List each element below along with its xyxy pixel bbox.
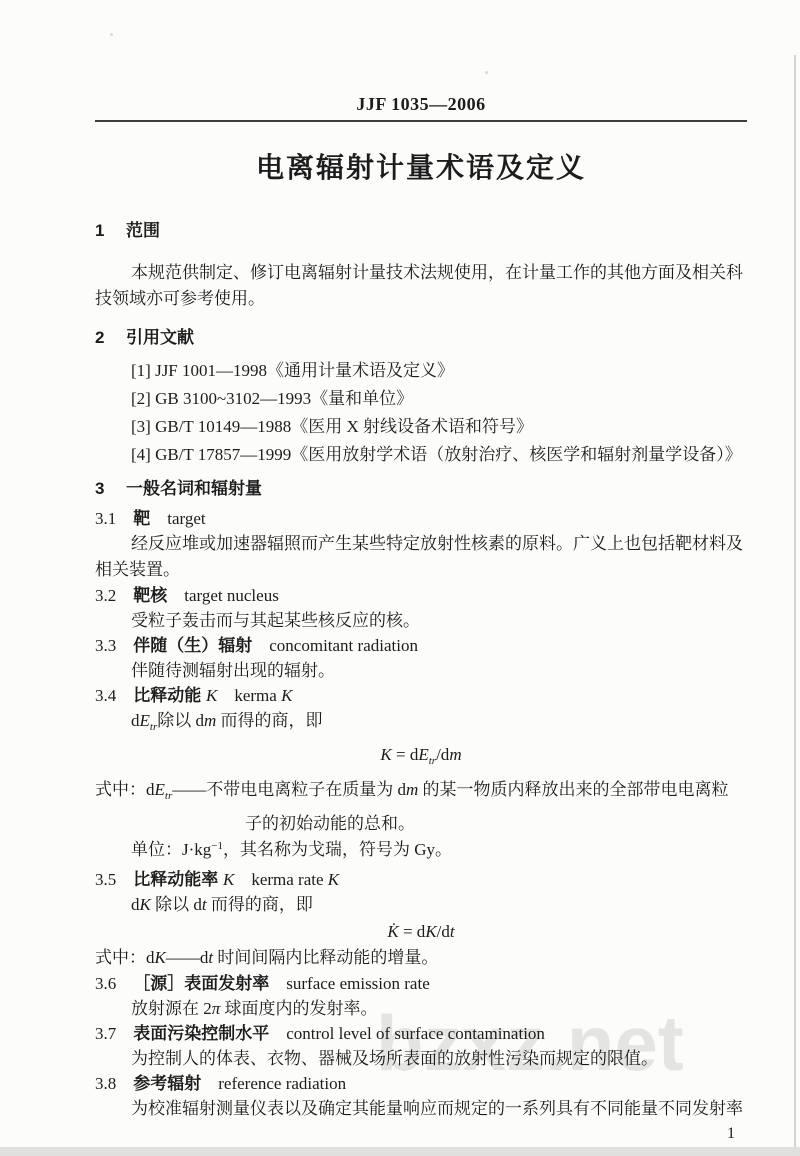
reference-item: [4] GB/T 17857—1999《医用放射学术语（放射治疗、核医学和辐射剂…: [95, 441, 747, 469]
page-content: JJF 1035—2006 电离辐射计量术语及定义 1范围 本规范供制定、修订电…: [95, 0, 747, 1146]
document-title: 电离辐射计量术语及定义: [95, 150, 747, 186]
term-3-3-definition: 伴随待测辐射出现的辐射。: [95, 658, 747, 683]
reference-item: [1] JJF 1001—1998《通用计量术语及定义》: [95, 357, 747, 385]
term-3-2-heading: 3.2 靶核 target nucleus: [95, 583, 747, 608]
section-heading-scope: 1范围: [95, 218, 747, 243]
section-number: 2: [95, 325, 126, 350]
term-3-1-heading: 3.1 靶 target: [95, 506, 747, 531]
scanned-document-page: bzxz.net JJF 1035—2006 电离辐射计量术语及定义 1范围 本…: [0, 0, 800, 1156]
term-3-2-definition: 受粒子轰击而与其起某些核反应的核。: [95, 608, 747, 633]
term-3-6-definition: 放射源在 2π 球面度内的发射率。: [95, 996, 747, 1021]
section-title: 范围: [126, 221, 160, 240]
kerma-unit-line: 单位：J·kg−1，其名称为戈瑞，符号为 Gy。: [95, 834, 747, 862]
term-3-5-heading: 3.5 比释动能率 K kerma rate K: [95, 867, 747, 892]
reference-item: [2] GB 3100~3102—1993《量和单位》: [95, 385, 747, 413]
page-number: 1: [95, 1121, 747, 1146]
kerma-rate-formula-note: 式中：dK——dt 时间间隔内比释动能的增量。: [95, 945, 747, 970]
term-3-3-heading: 3.3 伴随（生）辐射 concomitant radiation: [95, 633, 747, 658]
section-title: 引用文献: [126, 328, 194, 347]
kerma-rate-formula: K̇ = dK/dt: [95, 919, 747, 944]
kerma-formula: K = dEtr/dm: [95, 742, 747, 774]
document-code: JJF 1035—2006: [95, 93, 747, 115]
header-rule: [95, 120, 747, 122]
term-3-5-definition: dK 除以 dt 而得的商，即: [95, 892, 747, 917]
scope-paragraph-line: 本规范供制定、修订电离辐射计量技术法规使用，在计量工作的其他方面及相关科: [95, 260, 747, 286]
kerma-formula-note: 子的初始动能的总和。: [95, 810, 747, 837]
section-number: 3: [95, 476, 126, 501]
scope-paragraph-line: 技领域亦可参考使用。: [95, 286, 747, 312]
scan-edge-artifact-bottom: [0, 1147, 800, 1156]
term-3-7-definition: 为控制人的体表、衣物、器械及场所表面的放射性污染而规定的限值。: [95, 1046, 747, 1071]
section-heading-references: 2引用文献: [95, 325, 747, 350]
section-number: 1: [95, 218, 126, 243]
term-3-1-definition: 经反应堆或加速器辐照而产生某些特定放射性核素的原料。广义上也包括靶材料及: [95, 531, 747, 557]
term-3-4-definition: dEtr除以 dm 而得的商，即: [95, 708, 747, 740]
term-3-1-definition: 相关装置。: [95, 557, 747, 583]
term-3-8-definition: 为校准辐射测量仪表以及确定其能量响应而规定的一系列具有不同能量不同发射率: [95, 1096, 747, 1121]
section-title: 一般名词和辐射量: [126, 479, 262, 498]
scan-edge-artifact-right: [794, 55, 796, 1148]
term-3-7-heading: 3.7 表面污染控制水平 control level of surface co…: [95, 1021, 747, 1046]
reference-item: [3] GB/T 10149—1988《医用 X 射线设备术语和符号》: [95, 413, 747, 441]
section-heading-general: 3一般名词和辐射量: [95, 476, 747, 501]
term-3-8-heading: 3.8 参考辐射 reference radiation: [95, 1071, 747, 1096]
kerma-formula-note: 式中：dEtr——不带电电离粒子在质量为 dm 的某一物质内释放出来的全部带电电…: [95, 776, 747, 810]
term-3-6-heading: 3.6 ［源］表面发射率 surface emission rate: [95, 971, 747, 996]
term-3-4-heading: 3.4 比释动能 K kerma K: [95, 683, 747, 708]
